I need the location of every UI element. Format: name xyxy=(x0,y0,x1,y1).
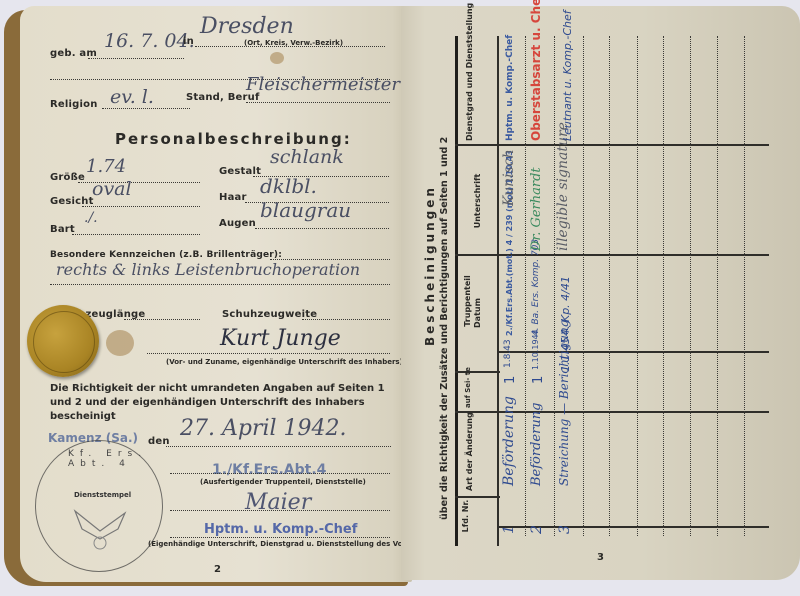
seal-ring-text: Kf. Ers. Abt. 4 xyxy=(68,449,162,469)
row-divider xyxy=(637,36,638,536)
height-value: 1.74 xyxy=(86,156,126,177)
row-divider xyxy=(690,36,691,536)
row-divider xyxy=(525,36,526,536)
row-divider xyxy=(744,36,745,536)
rank-stamp: Hptm. u. Komp.-Chef xyxy=(204,522,357,537)
row1-unterschrift: Kunisch xyxy=(501,149,517,206)
hair-label: Haar xyxy=(219,192,247,203)
row-divider xyxy=(717,36,718,536)
col-header-nr: Lfd. Nr. xyxy=(461,498,471,534)
birth-place-value: Dresden xyxy=(200,14,294,39)
row1-art: Beförderung xyxy=(501,396,517,486)
row1-dienstgrad: Hptm. u. Komp.-Chef xyxy=(505,35,515,141)
rank-line xyxy=(170,537,390,538)
officer-signature-line xyxy=(170,510,390,511)
unit-stamp: 1./Kf.Ers.Abt.4 xyxy=(212,462,326,478)
page-number-2: 2 xyxy=(214,564,221,575)
holder-signature-line xyxy=(147,353,390,354)
special-marks-label: Besondere Kennzeichen (z.B. Brillenträge… xyxy=(50,250,282,260)
table-border-left xyxy=(455,36,458,546)
face-value: oval xyxy=(92,178,132,200)
row2-seite: 1 xyxy=(531,376,546,384)
row2-nr: 2 xyxy=(529,525,545,534)
special-marks-value: rechts & links Leistenbruchoperation xyxy=(56,260,360,279)
row1-seite: 1 xyxy=(503,376,518,384)
service-seal: Kf. Ers. Abt. 4 Dienststempel xyxy=(35,440,163,572)
col-header-truppenteil: Truppenteil xyxy=(463,266,473,336)
stain xyxy=(106,330,134,356)
table-subtitle: über die Richtigkeit der Zusätze und Ber… xyxy=(439,137,450,520)
unit-caption: (Ausfertigender Truppenteil, Dienststell… xyxy=(200,478,366,486)
religion-line xyxy=(102,108,190,109)
occupation-line xyxy=(246,102,390,103)
page-number-3: 3 xyxy=(597,552,604,563)
row-divider xyxy=(609,36,610,536)
col-header-datum: Datum xyxy=(473,258,483,368)
row-divider xyxy=(554,36,555,536)
shoe-width-line xyxy=(302,319,390,320)
birth-date-line xyxy=(88,58,184,59)
col-header-seite: auf Sei- te xyxy=(463,372,473,408)
religion-value: ev. l. xyxy=(110,86,154,108)
row3-nr: 3 xyxy=(557,525,573,534)
eyes-value: blaugrau xyxy=(260,198,351,222)
holder-signature-caption: (Vor- und Zuname, eigenhändige Unterschr… xyxy=(166,358,403,366)
seal-label: Dienststempel xyxy=(74,491,131,499)
row2-dienstgrad: Oberstabsarzt u. Chefarzt xyxy=(529,0,543,141)
eagle-emblem-icon xyxy=(70,501,130,551)
eyes-label: Augen xyxy=(219,218,256,229)
religion-label: Religion xyxy=(50,99,98,110)
row2-unterschrift: Dr. Gerhardt xyxy=(529,167,544,251)
holder-signature: Kurt Junge xyxy=(220,326,341,351)
row3-dienstgrad: Leutnant u. Komp.-Chef xyxy=(561,10,574,141)
col-sep xyxy=(455,144,500,146)
table-title: Bescheinigungen xyxy=(423,185,437,346)
row-divider xyxy=(583,36,584,536)
stain xyxy=(270,52,284,64)
special-marks-line-2 xyxy=(50,284,390,285)
row-sep xyxy=(497,144,769,146)
row1-datum: 1.8.43 xyxy=(503,339,513,368)
row-divider xyxy=(663,36,664,536)
row3-unterschrift: illegible signature xyxy=(555,122,571,251)
coin-rim xyxy=(33,311,95,373)
row2-art: Beförderung xyxy=(529,403,544,486)
row3-truppenteil: 4. Kp. 4/41 xyxy=(559,276,572,336)
birth-place-caption: (Ort, Kreis, Verw.-Bezirk) xyxy=(244,39,343,47)
coin xyxy=(27,305,99,377)
col-sep xyxy=(455,254,500,256)
officer-signature: Maier xyxy=(245,490,311,515)
date-value: 27. April 1942. xyxy=(180,416,347,441)
eyes-line xyxy=(255,228,389,229)
row2-truppenteil: 4. Ba. Ers. Komp. 703 xyxy=(531,239,541,336)
beard-line xyxy=(72,234,200,235)
occupation-value: Fleischermeister xyxy=(246,74,400,95)
birth-date-value: 16. 7. 04. xyxy=(104,30,195,52)
page-3: Bescheinigungen über die Richtigkeit der… xyxy=(401,6,800,580)
row3-datum: 1.1.45 xyxy=(559,337,572,372)
hair-value: dklbl. xyxy=(260,174,317,198)
build-value: schlank xyxy=(270,146,344,168)
col-header-art: Art der Änderung xyxy=(465,421,475,491)
unit-line xyxy=(170,473,390,474)
col-header-unterschrift: Unterschrift xyxy=(473,151,483,251)
face-line xyxy=(82,206,200,207)
shoe-length-line xyxy=(124,319,200,320)
date-line xyxy=(166,446,391,447)
table-header-divider xyxy=(497,36,499,546)
birth-place-label: in xyxy=(183,36,194,47)
row1-nr: 1 xyxy=(501,525,517,534)
col-sep xyxy=(455,411,500,413)
col-sep xyxy=(455,371,500,373)
beard-value: ./. xyxy=(84,210,98,226)
col-header-dienstgrad: Dienstgrad und Dienststellung xyxy=(465,41,475,141)
